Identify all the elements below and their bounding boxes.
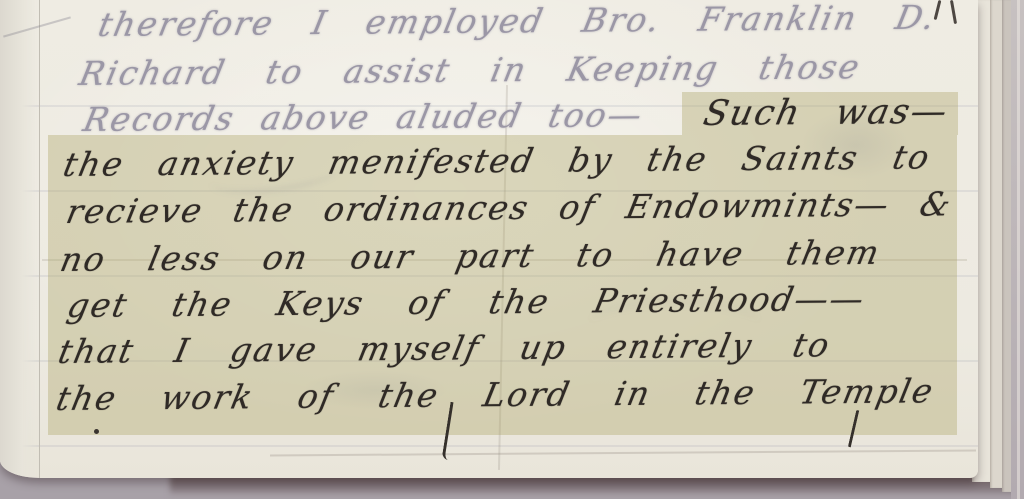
manuscript-line: therefore I employed Bro. Franklin D.: [95, 0, 940, 44]
page-binding-fold: [0, 0, 40, 478]
manuscript-line-highlighted: get the Keys of the Priesthood——: [64, 280, 869, 325]
page-stack-edge: [990, 0, 1002, 488]
manuscript-line: Richard to assist in Keeping those: [76, 48, 864, 93]
page-stack-edge: [1002, 0, 1011, 492]
manuscript-line-highlighted: recieve the ordinances of Endowmints— &: [63, 185, 956, 231]
scan-background-streak: [1017, 0, 1020, 499]
manuscript-line-highlighted: the anxiety menifested by the Saints to: [60, 138, 934, 183]
scanned-manuscript-viewport: therefore I employed Bro. Franklin D. Ri…: [0, 0, 1024, 499]
stray-ink-dot: [94, 429, 99, 434]
manuscript-line-highlighted: Such was—: [700, 92, 952, 134]
manuscript-line-highlighted: no less on our part to have them: [57, 234, 884, 279]
manuscript-page: therefore I employed Bro. Franklin D. Ri…: [0, 0, 978, 478]
manuscript-line: Records above aluded too—: [80, 96, 647, 139]
manuscript-line-highlighted: that I gave myself up entirely to: [55, 326, 834, 371]
manuscript-line-highlighted: the work of the Lord in the Temple: [53, 372, 938, 418]
